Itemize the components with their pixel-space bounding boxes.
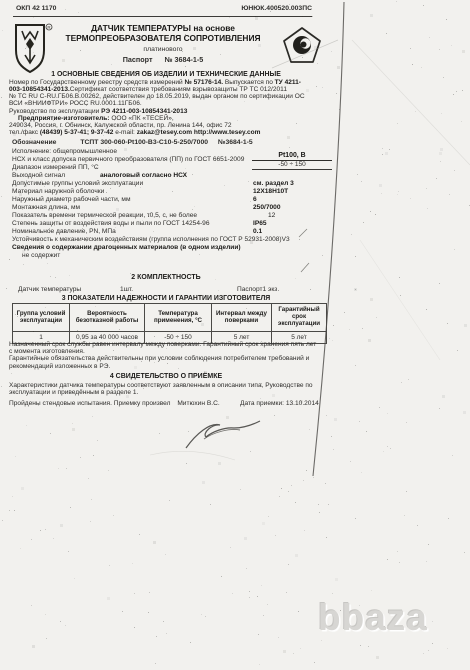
paragraph-line: Назначенный срок службы равен интервалу …	[9, 341, 341, 348]
col-header: Интервал между поверками	[212, 304, 272, 332]
designation-label: Обозначение	[12, 139, 56, 146]
document-code: ЮНЮК.400520.003ПС	[241, 5, 312, 12]
range-label: Диапазон измерений ПП, °С	[12, 164, 99, 171]
execution-line: Исполнение: общепромышленное	[12, 148, 117, 155]
spec-value: см. раздел 3	[253, 180, 294, 187]
paragraph-line: Предприятие-изготовитель: ООО «ПК «ТЕСЕЙ…	[9, 115, 339, 122]
spec-value: 0.1	[253, 228, 262, 235]
col-header: Вероятность безотказной работы	[70, 304, 145, 332]
spec-label: Показатель времени термической реакции, …	[12, 212, 197, 219]
warranty-notes: Назначенный срок службы равен интервалу …	[9, 341, 341, 370]
section1-paragraph: Номер по Государственному реестру средст…	[9, 79, 339, 136]
spec-value: 12	[268, 212, 275, 219]
completeness-item1-qty: 1шт.	[120, 286, 133, 293]
spec-value: аналоговый согласно НСХ	[100, 172, 187, 179]
spec-row: Степень защиты от воздействия воды и пыл…	[12, 220, 347, 228]
completeness-item2-qty: 1 экз.	[262, 286, 279, 293]
fraction-rule-bottom	[252, 169, 332, 170]
acceptance-text: Пройдены стендовые испытания. Приемку пр…	[9, 400, 170, 407]
paragraph-line: 249034, Россия, г. Обнинск, Калужской об…	[9, 122, 339, 129]
title-line-2: ТЕРМОПРЕОБРАЗОВАТЕЛЯ СОПРОТИВЛЕНИЯ	[42, 34, 284, 44]
passport-label: Паспорт	[123, 55, 153, 64]
nsx-label: НСХ и класс допуска первичного преобразо…	[12, 156, 250, 163]
col-header: Гарантийный срок эксплуатации	[272, 304, 327, 332]
title-subtitle: платинового	[42, 46, 284, 53]
completeness-item2: Паспорт1 экз.	[237, 286, 279, 293]
precious-materials-value: не содержит	[22, 252, 60, 259]
spec-label: Материал наружной оболочки	[12, 188, 104, 195]
mechanical-resistance-line: Устойчивость к механическим воздействиям…	[12, 236, 290, 243]
spec-value: 12Х18Н10Т	[253, 188, 288, 195]
section3-heading: 3 ПОКАЗАТЕЛИ НАДЕЖНОСТИ И ГАРАНТИИ ИЗГОТ…	[0, 295, 332, 302]
okp-code: ОКП 42 1170	[16, 5, 56, 12]
passport-number: № 3684-1-5	[164, 55, 203, 64]
type-approval-mark-icon	[281, 26, 323, 71]
reliability-table: Группа условий эксплуатации Вероятность …	[12, 303, 327, 344]
paragraph-line: ВСИ «ВНИИФТРИ» РОСС RU.0001.11ГБ06.	[9, 100, 339, 107]
spec-label: Номинальное давление, PN, МПа	[12, 228, 116, 235]
spec-row: Материал наружной оболочки 12Х18Н10Т	[12, 188, 347, 196]
spec-value: 6	[253, 196, 257, 203]
spec-label: Степень защиты от воздействия воды и пыл…	[12, 220, 210, 227]
precious-materials-label: Сведения о содержании драгоценных матери…	[12, 244, 241, 251]
document-title-block: ДАТЧИК ТЕМПЕРАТУРЫ на основе ТЕРМОПРЕОБР…	[42, 24, 284, 64]
spec-label: Монтажная длина, мм	[12, 204, 80, 211]
paragraph-line: рекомендаций изложенных в РЭ.	[9, 363, 341, 370]
spec-row: Монтажная длина, мм 250/7000	[12, 204, 347, 212]
paragraph-line: Гарантийные обязательства действительны …	[9, 355, 341, 362]
completeness-item1: Датчик температуры	[18, 286, 81, 293]
spec-row: Выходной сигнал аналоговый согласно НСХ	[12, 172, 347, 180]
spec-value: 250/7000	[253, 204, 281, 211]
watermark: bbaza	[318, 597, 428, 639]
passport-line: Паспорт № 3684-1-5	[42, 55, 284, 64]
nsx-range-value-block: Pt100, В -50 ÷ 150	[250, 152, 334, 170]
col-header: Температура применения, °С	[145, 304, 212, 332]
paragraph-line: эксплуатации и приведённым в разделе 1.	[9, 389, 341, 396]
header-rule	[13, 16, 312, 17]
paragraph-line: тел./факс (48439) 5-37-41; 9-37-42 e-mai…	[9, 129, 339, 136]
spec-label: Наружный диаметр рабочей части, мм	[12, 196, 130, 203]
spec-rows: Выходной сигнал аналоговый согласно НСХ …	[12, 172, 347, 237]
spec-row: Наружный диаметр рабочей части, мм 6	[12, 196, 347, 204]
section2-heading: 2 КОМПЛЕКТНОСТЬ	[0, 274, 332, 281]
completeness-line: Датчик температуры 1шт. Паспорт1 экз.	[18, 286, 338, 293]
designation-line: Обозначение ТСПТ 300-060-Pt100-В3-С10-5-…	[12, 139, 253, 146]
designation-number: №3684-1-5	[218, 139, 253, 146]
spec-row: Допустимые группы условий эксплуатации с…	[12, 180, 347, 188]
section4-heading: 4 СВИДЕТЕЛЬСТВО О ПРИЁМКЕ	[0, 373, 332, 380]
table-header-row: Группа условий эксплуатации Вероятность …	[13, 304, 327, 332]
spec-label: Допустимые группы условий эксплуатации	[12, 180, 143, 187]
paragraph-line: № ТС RU С-RU.ГБ06.В.00262, действителен …	[9, 93, 339, 100]
paragraph-line: Характеристики датчика температуры соотв…	[9, 382, 341, 389]
scan-noise-coarse	[0, 0, 1, 1]
nsx-value: Pt100, В	[250, 152, 334, 159]
signature-icon	[168, 406, 268, 461]
designation-value: ТСПТ 300-060-Pt100-В3-С10-5-250/7000	[80, 139, 208, 146]
col-header: Группа условий эксплуатации	[13, 304, 70, 332]
spec-value: IP65	[253, 220, 267, 227]
paragraph-line: Руководство по эксплуатации РЭ 4211-003-…	[9, 108, 339, 115]
section1-heading: 1 ОСНОВНЫЕ СВЕДЕНИЯ ОБ ИЗДЕЛИИ И ТЕХНИЧЕ…	[0, 71, 332, 78]
date-value: 13.10.2014	[286, 400, 319, 407]
spec-label: Выходной сигнал	[12, 172, 65, 179]
completeness-item2-label: Паспорт	[237, 286, 262, 293]
range-value: -50 ÷ 150	[250, 162, 334, 169]
scanned-passport-page: ОКП 42 1170 ЮНЮК.400520.003ПС R ДАТЧИК Т…	[0, 0, 470, 670]
